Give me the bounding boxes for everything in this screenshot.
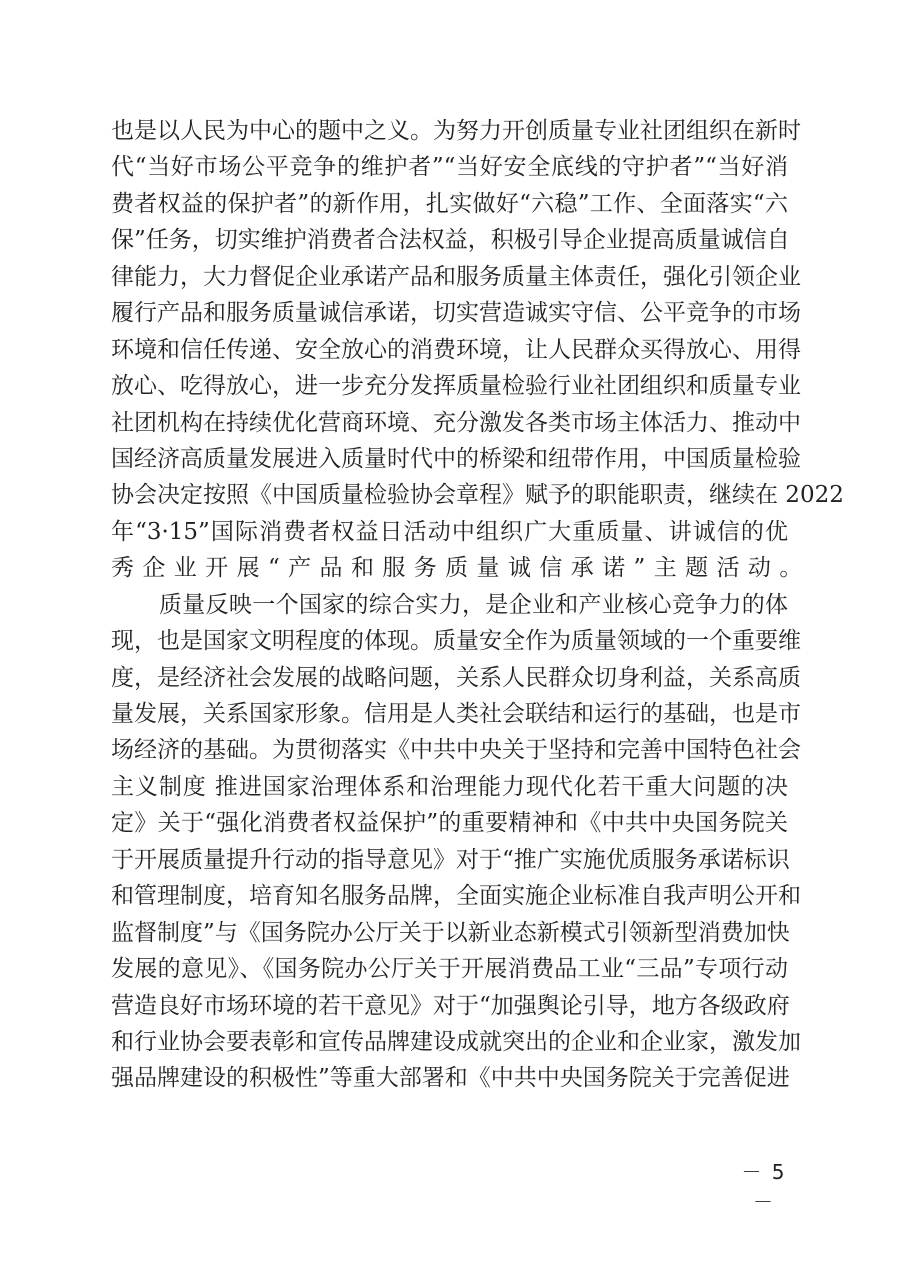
text-line: 协会决定按照《中国质量检验协会章程》赋予的职能职责，继续在 2022: [111, 477, 788, 513]
text-line: 代“当好市场公平竞争的维护者”“当好安全底线的守护者”“当好消: [111, 149, 788, 185]
text-line: 主义制度 推进国家治理体系和治理能力现代化若干重大问题的决: [111, 769, 788, 805]
text-line: 和管理制度，培育知名服务品牌，全面实施企业标准自我声明公开和: [111, 878, 788, 914]
text-line: 秀企业开展“产品和服务质量诚信承诺”主题活动。: [111, 550, 788, 586]
text-line: 保”任务，切实维护消费者合法权益，积极引导企业提高质量诚信自: [111, 222, 788, 258]
text-line: 环境和信任传递、安全放心的消费环境，让人民群众买得放心、用得: [111, 332, 788, 368]
text-line: 和行业协会要表彰和宣传品牌建设成就突出的企业和企业家，激发加: [111, 1024, 788, 1060]
text-line: 质量反映一个国家的综合实力，是企业和产业核心竞争力的体: [111, 587, 788, 623]
text-line: 监督制度”与《国务院办公厅关于以新业态新模式引领新型消费加快: [111, 915, 788, 951]
text-line: 度，是经济社会发展的战略问题，关系人民群众切身利益，关系高质: [111, 660, 788, 696]
document-page: 也是以人民为中心的题中之义。为努力开创质量专业社团组织在新时 代“当好市场公平竞…: [0, 0, 900, 1273]
text-line: 履行产品和服务质量诚信承诺，切实营造诚实守信、公平竞争的市场: [111, 295, 788, 331]
text-line: 社团机构在持续优化营商环境、充分激发各类市场主体活力、推动中: [111, 405, 788, 441]
page-number: － 5 －: [736, 1157, 792, 1217]
text-line: 年“3·15”国际消费者权益日活动中组织广大重质量、讲诚信的优: [111, 514, 788, 550]
paragraph-1: 也是以人民为中心的题中之义。为努力开创质量专业社团组织在新时 代“当好市场公平竞…: [111, 113, 788, 587]
text-line: 放心、吃得放心，进一步充分发挥质量检验行业社团组织和质量专业: [111, 368, 788, 404]
text-line: 费者权益的保护者”的新作用，扎实做好“六稳”工作、全面落实“六: [111, 186, 788, 222]
text-line: 营造良好市场环境的若干意见》对于“加强舆论引导，地方各级政府: [111, 988, 788, 1024]
body-text: 也是以人民为中心的题中之义。为努力开创质量专业社团组织在新时 代“当好市场公平竞…: [111, 113, 788, 1097]
text-line: 发展的意见》、《国务院办公厅关于开展消费品工业“三品”专项行动: [111, 951, 788, 987]
text-line: 律能力，大力督促企业承诺产品和服务质量主体责任，强化引领企业: [111, 259, 788, 295]
text-line: 也是以人民为中心的题中之义。为努力开创质量专业社团组织在新时: [111, 113, 788, 149]
text-line: 定》关于“强化消费者权益保护”的重要精神和《中共中央国务院关: [111, 805, 788, 841]
text-line: 强品牌建设的积极性”等重大部署和《中共中央国务院关于完善促进: [111, 1060, 788, 1096]
text-line: 量发展，关系国家形象。信用是人类社会联结和运行的基础，也是市: [111, 696, 788, 732]
text-line: 现，也是国家文明程度的体现。质量安全作为质量领域的一个重要维: [111, 623, 788, 659]
text-line: 场经济的基础。为贯彻落实《中共中央关于坚持和完善中国特色社会: [111, 732, 788, 768]
text-line: 国经济高质量发展进入质量时代中的桥梁和纽带作用，中国质量检验: [111, 441, 788, 477]
paragraph-2: 质量反映一个国家的综合实力，是企业和产业核心竞争力的体 现，也是国家文明程度的体…: [111, 587, 788, 1097]
text-line: 于开展质量提升行动的指导意见》对于“推广实施优质服务承诺标识: [111, 842, 788, 878]
